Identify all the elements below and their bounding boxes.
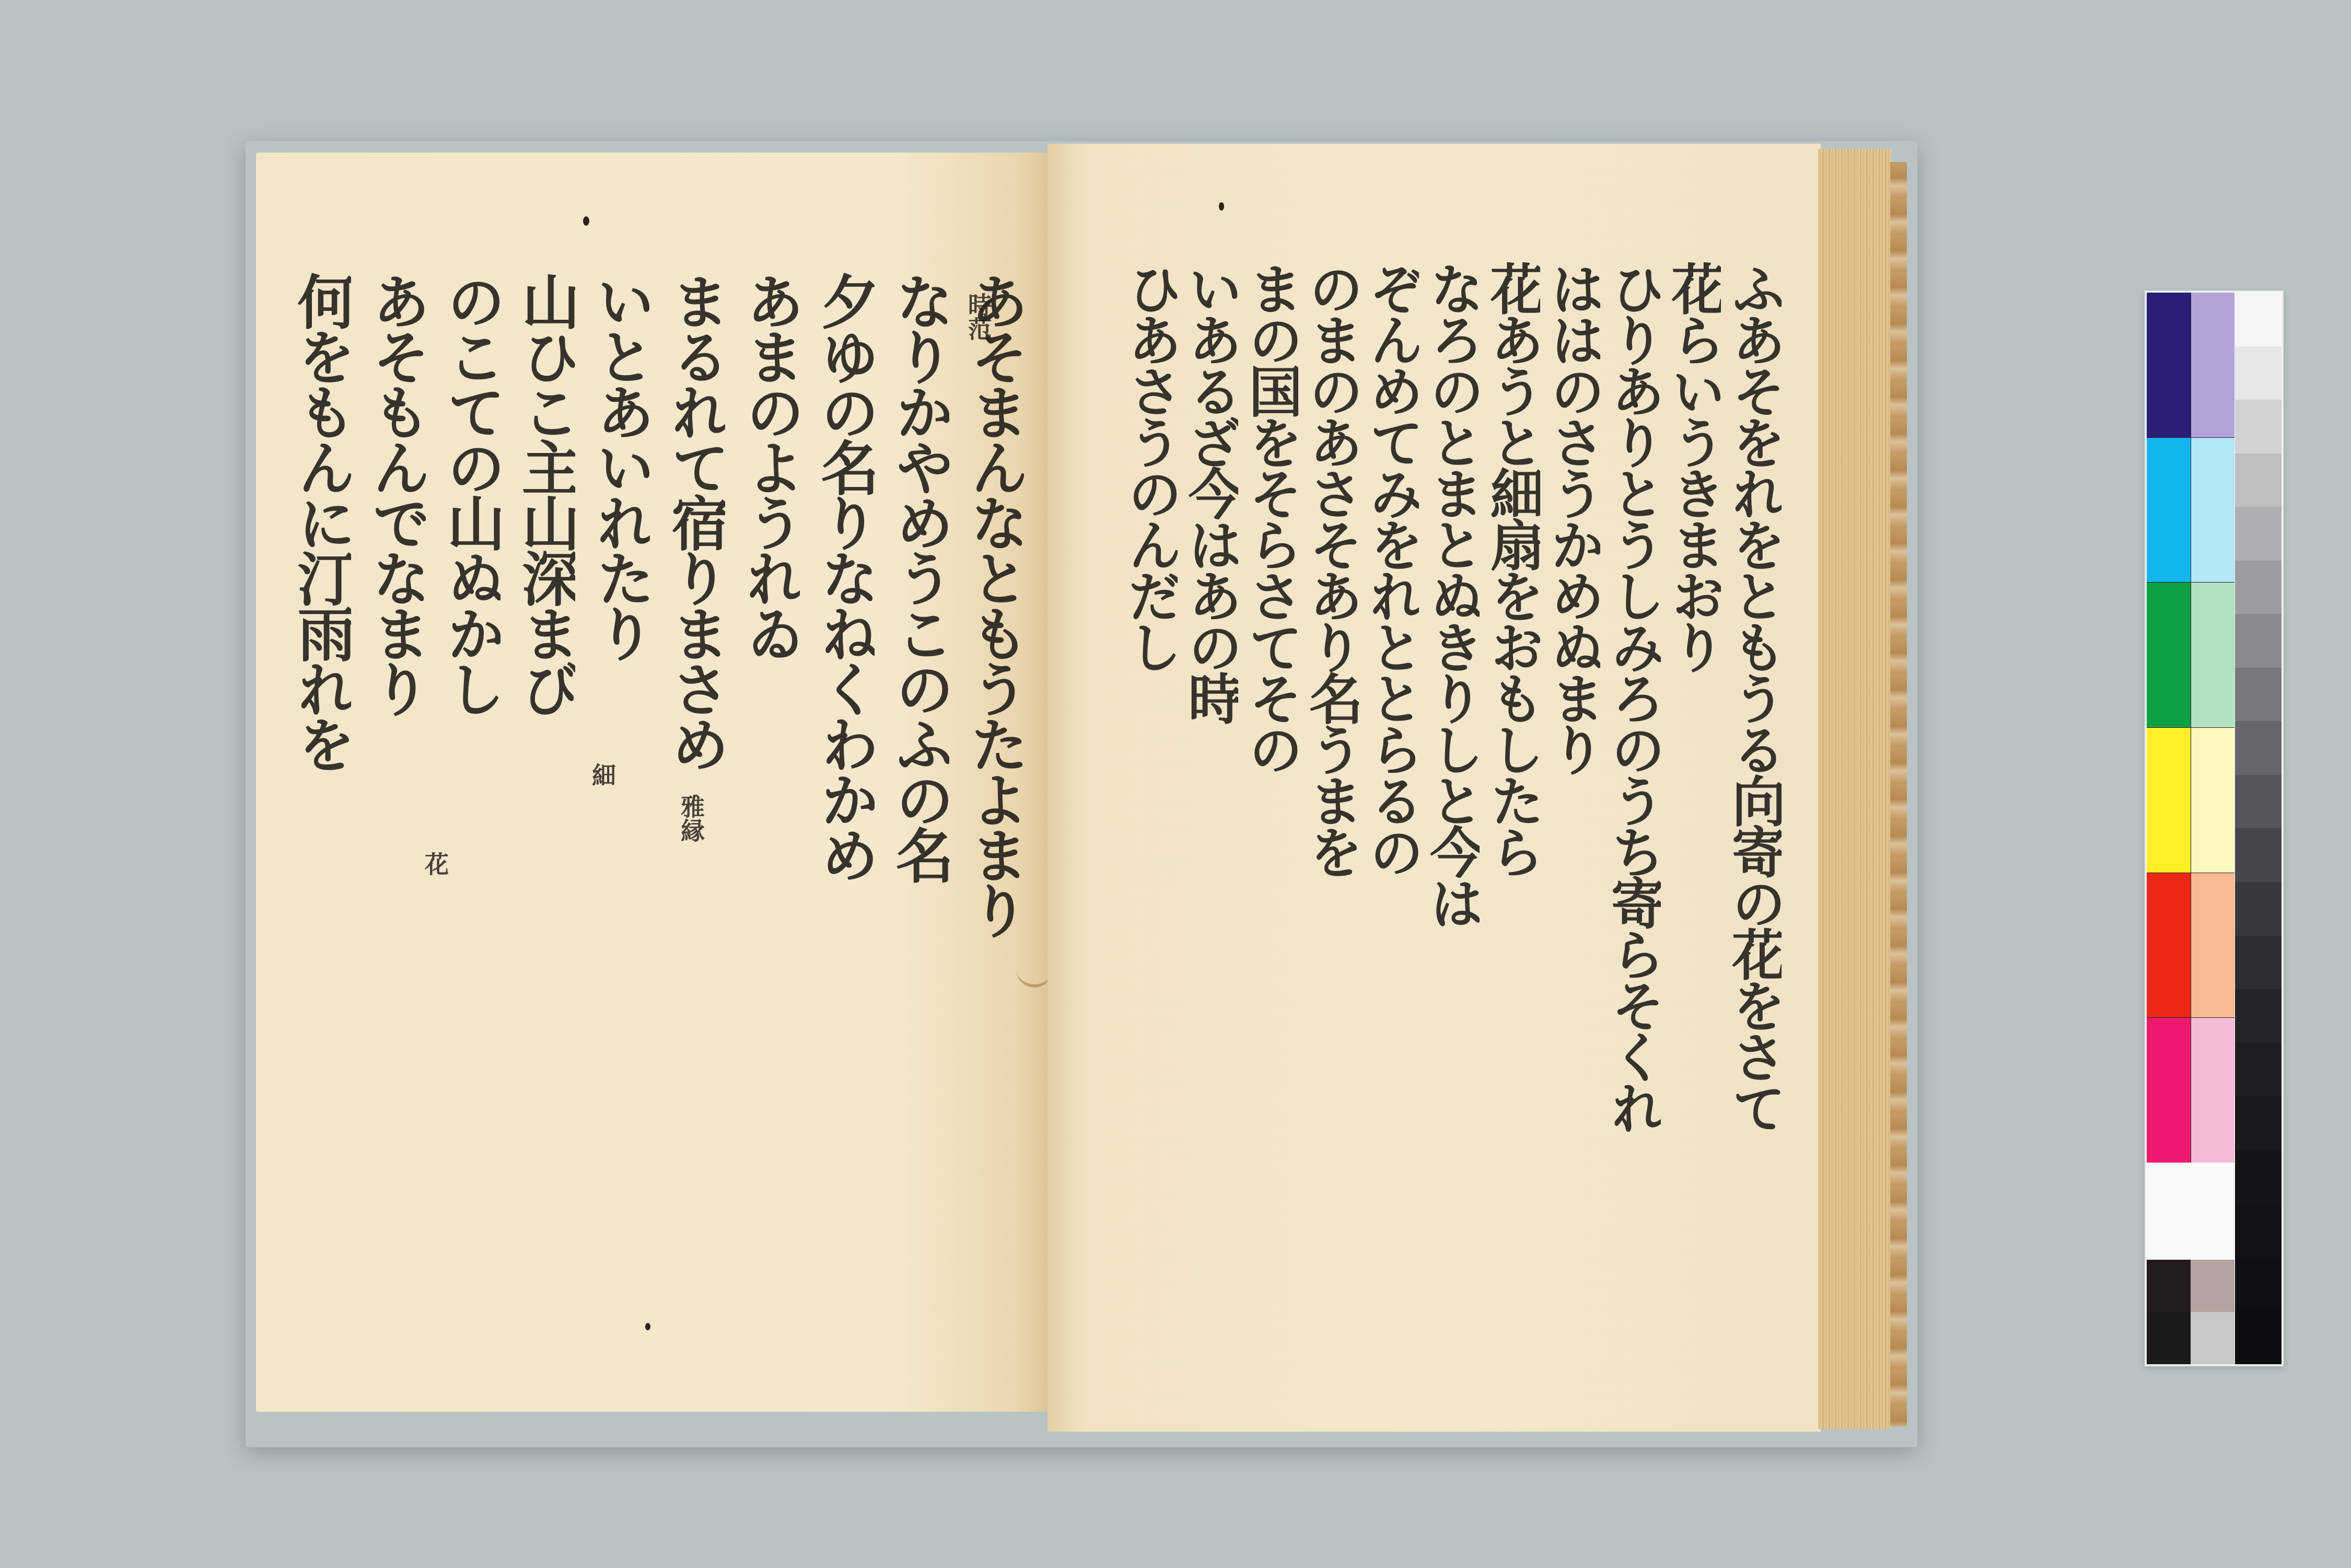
gray-step: [2235, 561, 2282, 614]
page-edge-stack: [1818, 149, 1891, 1429]
text-column: まの国をそらさてその: [1244, 261, 1298, 1385]
interlinear-annotation: 雅縁: [674, 794, 708, 842]
color-patch: [2147, 293, 2191, 437]
color-patch: [2191, 438, 2235, 583]
gray-step: [2235, 668, 2282, 722]
gray-step: [2235, 1257, 2282, 1311]
text-column: のまのあさそあり名うまを: [1305, 261, 1359, 1385]
wormhole-dot: [583, 216, 589, 226]
gray-step: [2235, 1096, 2282, 1150]
color-patch: [2147, 1312, 2191, 1364]
gray-step: [2235, 1310, 2282, 1364]
text-column: ふあそをれをともうる向寄の花をさて: [1727, 261, 1782, 1385]
text-column: 山ひこ主山深まび: [517, 272, 575, 1343]
color-patch: [2147, 728, 2191, 873]
color-patch: [2191, 1260, 2234, 1312]
color-patch: [2147, 873, 2191, 1018]
gray-step: [2235, 936, 2282, 990]
gray-step: [2235, 293, 2282, 346]
color-patch: [2191, 873, 2235, 1018]
text-column: 何をもんに汀雨れを: [293, 272, 351, 1343]
color-patch: [2147, 438, 2191, 583]
color-patch: [2147, 583, 2191, 727]
gray-step: [2235, 882, 2282, 936]
gray-step: [2235, 346, 2282, 400]
color-patch: [2191, 1018, 2235, 1163]
color-patches: [2147, 293, 2234, 1163]
text-column: いとあいれたり: [591, 272, 650, 1343]
text-column: 夕ゆの名りなねくわかめ: [816, 272, 875, 1343]
gray-step: [2235, 1150, 2282, 1204]
color-patch: [2191, 728, 2235, 873]
color-patch: [2191, 293, 2235, 437]
gray-step: [2235, 507, 2282, 561]
grayscale-strip: [2235, 293, 2282, 1364]
left-page-text: あそまんなともうたよまり なりかやめうこのふの名 夕ゆの名りなねくわかめ あまの…: [293, 272, 1024, 1343]
gray-step: [2235, 400, 2282, 454]
book-cover-edge: [1890, 162, 1907, 1426]
text-column: いあるざ今はあの時: [1184, 261, 1238, 1385]
text-column: 花らいうきまおり: [1667, 261, 1721, 1385]
gray-step: [2235, 775, 2282, 829]
gray-step: [2235, 614, 2282, 668]
gray-step: [2235, 1043, 2282, 1097]
gray-step: [2235, 989, 2282, 1043]
text-column: ひあさうのんだし: [1123, 261, 1178, 1385]
bottom-patches: [2147, 1260, 2234, 1364]
text-column: のこての山ぬかし: [442, 272, 501, 1343]
margin-annotation: 時范: [961, 293, 996, 341]
white-patch: [2147, 1163, 2234, 1259]
text-column: あまのようれゐ: [741, 272, 800, 1343]
right-page-text: ふあそをれをともうる向寄の花をさて 花らいうきまおり ひりありとうしみろのうち寄…: [1123, 261, 1782, 1385]
color-patch: [2147, 1260, 2191, 1312]
color-patch: [2191, 583, 2235, 727]
text-column: ぞんめてみをれととらるの: [1365, 261, 1419, 1385]
wormhole-dot: [1219, 202, 1224, 211]
color-patch: [2191, 1312, 2234, 1364]
gray-step: [2235, 1203, 2282, 1257]
text-column: ははのさうかめぬまり: [1546, 261, 1600, 1385]
text-column: ひりありとうしみろのうち寄らそくれ: [1607, 261, 1661, 1385]
gray-step: [2235, 828, 2282, 882]
gray-step: [2235, 454, 2282, 507]
text-column: 花あうと細扇をおもしたら: [1486, 261, 1540, 1385]
color-patch: [2147, 1018, 2191, 1163]
interlinear-annotation: 細: [585, 763, 620, 787]
color-calibration-chart: [2145, 291, 2284, 1366]
text-column: あそまんなともうたよまり: [965, 272, 1024, 1343]
gray-step: [2235, 721, 2282, 775]
text-column: あそもんでなまり: [367, 272, 426, 1343]
interlinear-annotation: 花: [418, 852, 452, 876]
text-column: なりかやめうこのふの名: [891, 272, 949, 1343]
text-column: なろのとまとぬきりしと今は: [1425, 261, 1480, 1385]
